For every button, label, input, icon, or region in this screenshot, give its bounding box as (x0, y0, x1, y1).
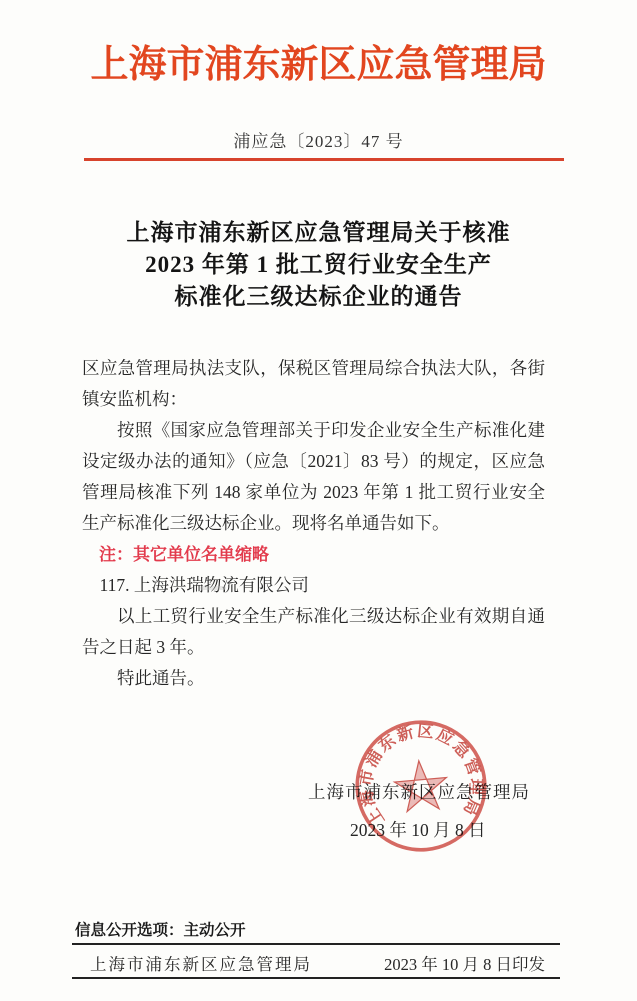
closing-phrase: 特此通告。 (82, 663, 545, 694)
document-title: 上海市浦东新区应急管理局关于核准 2023 年第 1 批工贸行业安全生产 标准化… (0, 217, 637, 313)
document-body: 区应急管理局执法支队，保税区管理局综合执法大队，各街镇安监机构： 按照《国家应急… (82, 353, 545, 694)
document-number: 浦应急〔2023〕47 号 (0, 127, 637, 152)
body-paragraph-2: 以上工贸行业安全生产标准化三级达标企业有效期自通告之日起 3 年。 (82, 601, 545, 663)
body-paragraph-1: 按照《国家应急管理部关于印发企业安全生产标准化建设定级办法的通知》（应急〔202… (82, 415, 545, 539)
document-title-line-2: 2023 年第 1 批工贸行业安全生产 (0, 249, 637, 281)
document-title-line-3: 标准化三级达标企业的通告 (0, 281, 637, 313)
salutation: 区应急管理局执法支队，保税区管理局综合执法大队，各街镇安监机构： (82, 353, 545, 415)
company-list-item-117: 117. 上海洪瑞物流有限公司 (82, 570, 545, 601)
seal-star-icon (393, 759, 449, 813)
redacted-note: 注：其它单位名单缩略 (82, 539, 545, 570)
letterhead-divider-rule (84, 158, 564, 161)
scan-smudge (200, 586, 226, 590)
letterhead-agency-title: 上海市浦东新区应急管理局 (0, 33, 637, 88)
disclosure-option-label: 信息公开选项：主动公开 (75, 918, 246, 940)
footer-divider-top (72, 943, 560, 945)
footer-divider-bottom (72, 977, 560, 979)
footer-issuer-agency: 上海市浦东新区应急管理局 (90, 951, 312, 975)
footer-print-date: 2023 年 10 月 8 日印发 (384, 951, 545, 975)
document-title-line-1: 上海市浦东新区应急管理局关于核准 (0, 217, 637, 249)
official-document-page: 上海市浦东新区应急管理局 浦应急〔2023〕47 号 上海市浦东新区应急管理局关… (0, 0, 637, 1001)
official-red-seal: 上海市浦东新区应急管理局 (343, 708, 499, 864)
